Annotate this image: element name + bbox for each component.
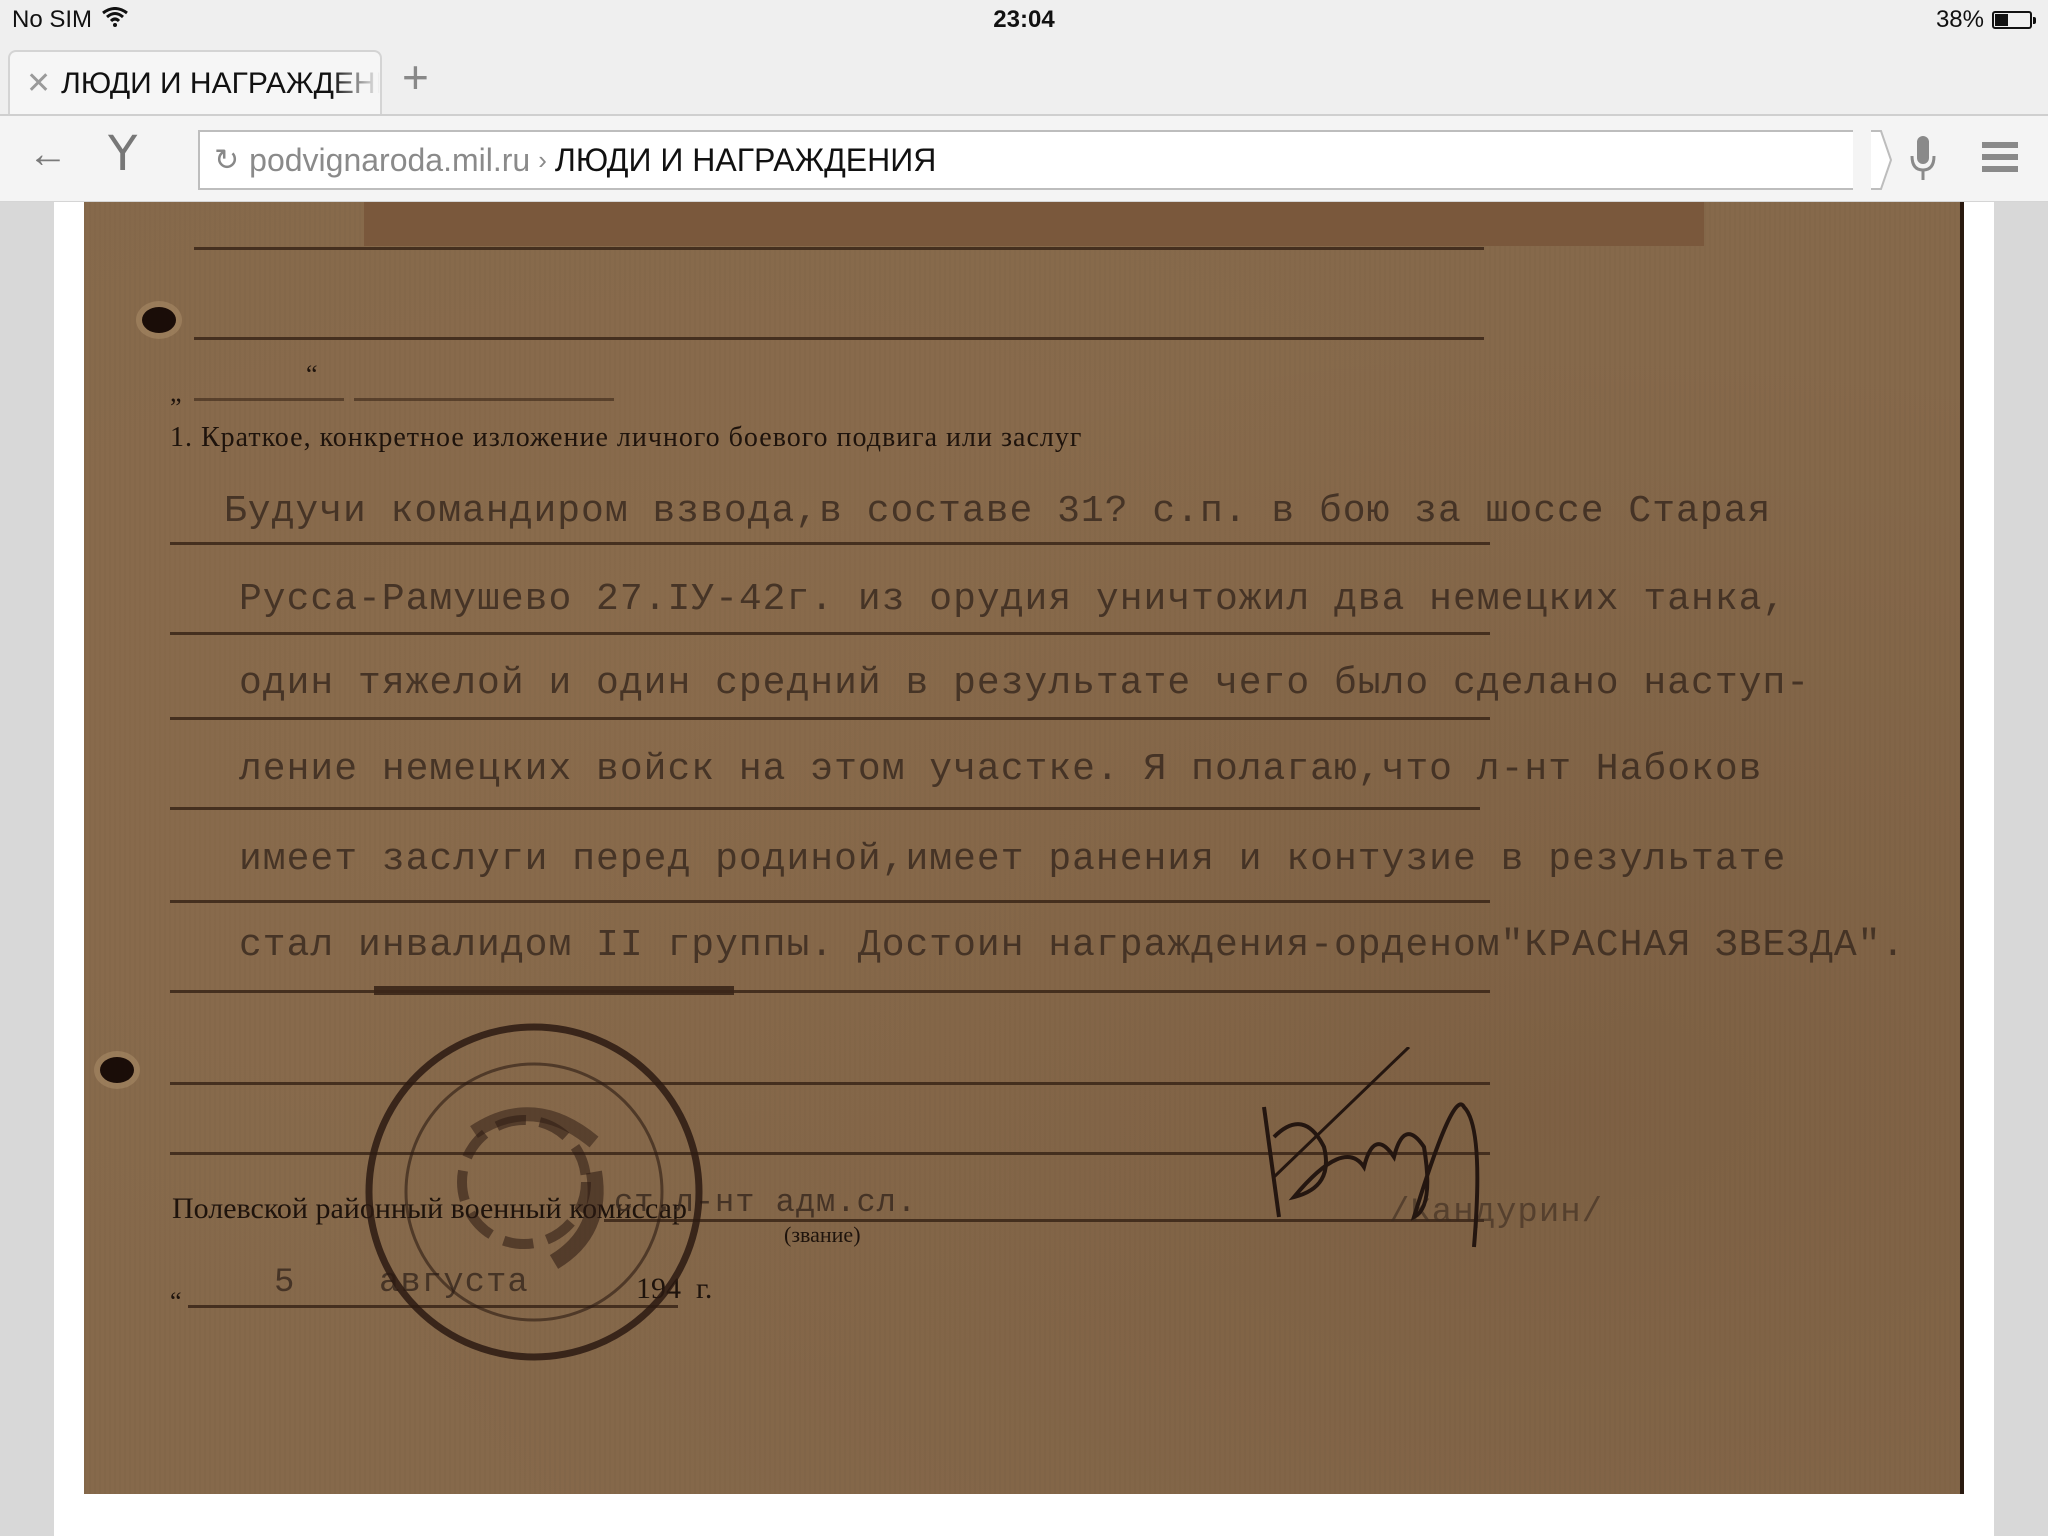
url-host: podvignaroda.mil.ru [249, 142, 530, 179]
voice-search-button[interactable] [1910, 136, 1936, 187]
official-stamp-icon [354, 1012, 714, 1372]
punch-hole [100, 1057, 134, 1083]
punch-hole [142, 307, 176, 333]
battery-icon [1992, 11, 2032, 29]
ink-underline [374, 986, 734, 995]
url-separator: › [538, 145, 547, 176]
date-day: 5 [274, 1264, 295, 1302]
battery-level [1995, 14, 2008, 26]
date-quote: “ [170, 1287, 182, 1317]
typed-line: стал инвалидом II группы. Достоин награж… [239, 924, 1905, 967]
yandex-button[interactable]: Y [108, 130, 137, 178]
close-icon[interactable]: ✕ [26, 69, 51, 99]
tab-active[interactable]: ✕ ЛЮДИ И НАГРАЖДЕНИЯ [8, 50, 382, 116]
back-button[interactable]: ← [28, 134, 68, 174]
form-line [194, 337, 1484, 340]
quote-close: “ [306, 360, 318, 390]
redacted-area [364, 202, 1704, 246]
address-bar[interactable]: ↻ podvignaroda.mil.ru › ЛЮДИ И НАГРАЖДЕН… [198, 130, 1853, 190]
page-panel: „ “ 1. Краткое, конкретное изложение лич… [54, 202, 1994, 1536]
signature-icon [1254, 1047, 1514, 1277]
form-line [170, 632, 1490, 635]
tab-strip: ✕ ЛЮДИ И НАГРАЖДЕНИЯ + [0, 40, 2048, 116]
form-line [194, 398, 344, 401]
menu-button[interactable] [1982, 142, 2018, 178]
page-viewport[interactable]: „ “ 1. Краткое, конкретное изложение лич… [0, 202, 2048, 1536]
award-document-scan: „ “ 1. Краткое, конкретное изложение лич… [84, 202, 1964, 1494]
microphone-icon [1910, 136, 1936, 182]
rank-caption: (звание) [784, 1222, 861, 1248]
yandex-logo-icon: Y [108, 126, 137, 182]
new-tab-button[interactable]: + [402, 54, 429, 100]
battery-percent: 38% [1936, 6, 1984, 34]
hamburger-line [1982, 142, 2018, 148]
typed-line: один тяжелой и один средний в результате… [239, 662, 1810, 705]
form-line [170, 990, 1490, 993]
section-heading: 1. Краткое, конкретное изложение личного… [170, 422, 1082, 454]
form-line [170, 807, 1480, 810]
reload-icon[interactable]: ↻ [214, 143, 239, 178]
form-line [170, 717, 1490, 720]
clock: 23:04 [0, 6, 2048, 34]
form-line [194, 247, 1484, 250]
typed-line: ление немецких войск на этом участке. Я … [239, 748, 1762, 791]
hamburger-line [1982, 154, 2018, 160]
quote-open: „ [170, 378, 182, 408]
arrow-left-icon: ← [28, 132, 68, 176]
form-line [170, 542, 1490, 545]
status-bar: No SIM 23:04 38% [0, 0, 2048, 40]
typed-line: имеет заслуги перед родиной,имеет ранени… [239, 838, 1786, 881]
url-page-title: ЛЮДИ И НАГРАЖДЕНИЯ [555, 142, 936, 179]
form-line [354, 398, 614, 401]
tab-title: ЛЮДИ И НАГРАЖДЕНИЯ [61, 67, 380, 101]
typed-line: Будучи командиром взвода,в составе 31? с… [224, 490, 1771, 533]
hamburger-line [1982, 166, 2018, 172]
browser-toolbar: ← Y ↻ podvignaroda.mil.ru › ЛЮДИ И НАГРА… [0, 114, 2048, 202]
form-line [170, 900, 1490, 903]
typed-line: Русса-Рамушево 27.IУ-42г. из орудия унич… [239, 578, 1786, 621]
